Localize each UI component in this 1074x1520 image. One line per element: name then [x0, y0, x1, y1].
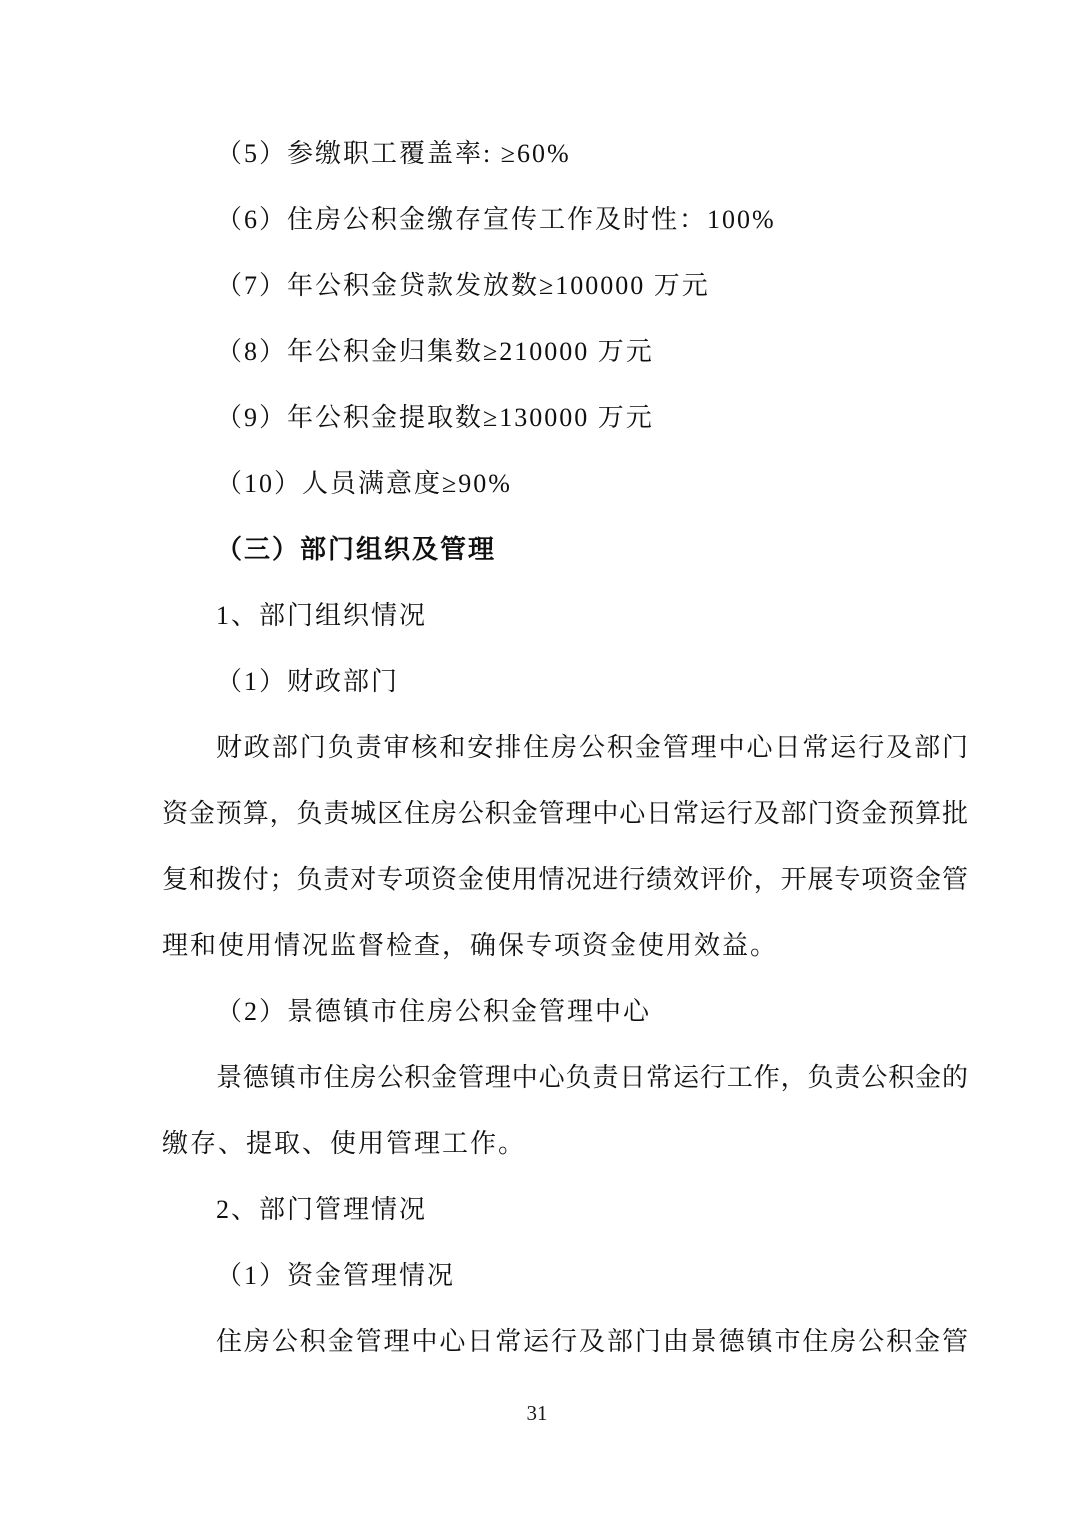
paragraph-line: 财政部门负责审核和安排住房公积金管理中心日常运行及部门 [162, 715, 968, 781]
document-page: { "lines": [ { "text": "（5）参缴职工覆盖率: ≥60%… [0, 0, 1074, 1520]
paragraph-line: 复和拨付；负责对专项资金使用情况进行绩效评价，开展专项资金管 [162, 847, 968, 913]
indicator-item-7: （7）年公积金贷款发放数≥100000 万元 [162, 253, 968, 319]
indicator-item-10: （10）人员满意度≥90% [162, 451, 968, 517]
indicator-item-8: （8）年公积金归集数≥210000 万元 [162, 319, 968, 385]
indicator-item-6: （6）住房公积金缴存宣传工作及时性：100% [162, 187, 968, 253]
paragraph-line: 住房公积金管理中心日常运行及部门由景德镇市住房公积金管 [162, 1309, 968, 1375]
subsection-heading-2: 2、部门管理情况 [162, 1177, 968, 1243]
paragraph-line: 景德镇市住房公积金管理中心负责日常运行工作，负责公积金的 [162, 1045, 968, 1111]
item-heading-finance-dept: （1）财政部门 [162, 649, 968, 715]
item-heading-fund-center: （2）景德镇市住房公积金管理中心 [162, 979, 968, 1045]
page-number: 31 [0, 1398, 1074, 1428]
indicator-item-9: （9）年公积金提取数≥130000 万元 [162, 385, 968, 451]
indicator-item-5: （5）参缴职工覆盖率: ≥60% [162, 121, 968, 187]
paragraph-line: 理和使用情况监督检查，确保专项资金使用效益。 [162, 913, 968, 979]
section-heading-3: （三）部门组织及管理 [162, 517, 968, 583]
paragraph-line: 资金预算，负责城区住房公积金管理中心日常运行及部门资金预算批 [162, 781, 968, 847]
document-body: （5）参缴职工覆盖率: ≥60% （6）住房公积金缴存宣传工作及时性：100% … [162, 121, 968, 1375]
subsection-heading-1: 1、部门组织情况 [162, 583, 968, 649]
paragraph-line: 缴存、提取、使用管理工作。 [162, 1111, 968, 1177]
item-heading-fund-management: （1）资金管理情况 [162, 1243, 968, 1309]
